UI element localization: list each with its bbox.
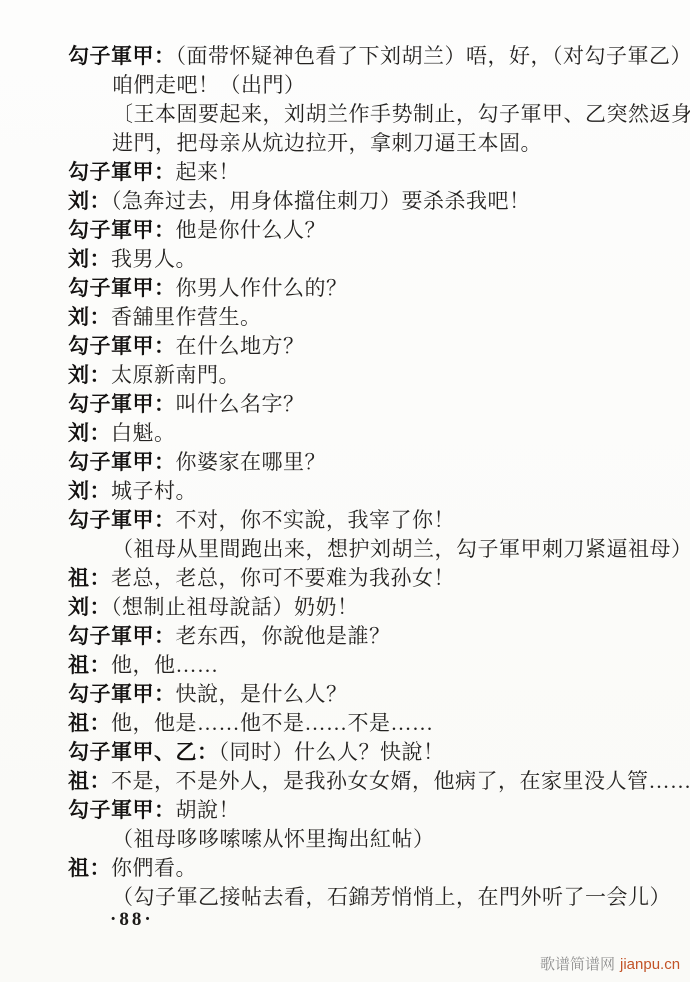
script-line: 勾子軍甲：快說，是什么人？	[68, 680, 668, 709]
dialogue-text: 不对，你不实說，我宰了你！	[176, 508, 456, 532]
script-line: （祖母哆哆嗦嗦从怀里掏出紅帖）	[68, 825, 668, 854]
script-line: 刘：（想制止祖母說話）奶奶！	[68, 593, 668, 622]
speaker-label: 刘：	[68, 595, 111, 619]
speaker-label: 勾子軍甲：	[68, 276, 176, 300]
speaker-label: 刘：	[68, 247, 111, 271]
stage-direction-text: 〔王本固要起来，刘胡兰作手势制止，勾子軍甲、乙突然返身	[112, 102, 690, 126]
speaker-label: 祖：	[68, 653, 111, 677]
speaker-label: 刘：	[68, 421, 111, 445]
dialogue-text: （急奔过去，用身体擋住刺刀）要杀杀我吧！	[111, 189, 531, 213]
script-line: 刘：白魁。	[68, 419, 668, 448]
speaker-label: 勾子軍甲：	[68, 334, 176, 358]
dialogue-text: 他，他……	[111, 653, 219, 677]
dialogue-text: （同时）什么人？快說！	[219, 740, 445, 764]
script-line: 进門，把母亲从炕边拉开，拿刺刀逼王本固。	[68, 129, 668, 158]
page-number: ·88·	[110, 909, 154, 931]
speaker-label: 刘：	[68, 479, 111, 503]
speaker-label: 祖：	[68, 711, 111, 735]
dialogue-text: 太原新南門。	[111, 363, 240, 387]
speaker-label: 勾子軍甲：	[68, 44, 176, 68]
dialogue-text: 咱們走吧！（出門）	[112, 73, 306, 97]
script-line: 刘：香舖里作营生。	[68, 303, 668, 332]
script-line: （勾子軍乙接帖去看，石錦芳悄悄上，在門外听了一会儿）	[68, 883, 668, 912]
stage-direction-text: （祖母从里間跑出来，想护刘胡兰，勾子軍甲刺刀紧逼祖母）	[112, 537, 690, 561]
dialogue-text: 起来！	[176, 160, 241, 184]
script-line: 刘：（急奔过去，用身体擋住刺刀）要杀杀我吧！	[68, 187, 668, 216]
speaker-label: 勾子軍甲：	[68, 508, 176, 532]
speaker-label: 刘：	[68, 363, 111, 387]
script-line: 祖：不是，不是外人，是我孙女女婿，他病了，在家里没人管……	[68, 767, 668, 796]
stage-direction-text: 进門，把母亲从炕边拉开，拿刺刀逼王本固。	[112, 131, 542, 155]
dialogue-text: 我男人。	[111, 247, 197, 271]
dialogue-text: 叫什么名字？	[176, 392, 305, 416]
dialogue-text: 你婆家在哪里？	[176, 450, 327, 474]
script-line: 勾子軍甲：胡說！	[68, 796, 668, 825]
script-line: 勾子軍甲：在什么地方？	[68, 332, 668, 361]
speaker-label: 勾子軍甲：	[68, 450, 176, 474]
dialogue-text: 他是你什么人？	[176, 218, 327, 242]
script-line: 勾子軍甲、乙：（同时）什么人？快說！	[68, 738, 668, 767]
dialogue-text: 香舖里作营生。	[111, 305, 262, 329]
dialogue-text: 你們看。	[111, 856, 197, 880]
speaker-label: 刘：	[68, 189, 111, 213]
dialogue-text: 他，他是……他不是……不是……	[111, 711, 434, 735]
script-line: 勾子軍甲：起来！	[68, 158, 668, 187]
script-line: 勾子軍甲：你婆家在哪里？	[68, 448, 668, 477]
speaker-label: 勾子軍甲：	[68, 392, 176, 416]
script-line: 勾子軍甲：不对，你不实說，我宰了你！	[68, 506, 668, 535]
dialogue-text: 你男人作什么的？	[176, 276, 348, 300]
speaker-label: 勾子軍甲、乙：	[68, 740, 219, 764]
dialogue-text: 不是，不是外人，是我孙女女婿，他病了，在家里没人管……	[111, 769, 690, 793]
speaker-label: 勾子軍甲：	[68, 624, 176, 648]
scanned-script-page: 勾子軍甲：（面带怀疑神色看了下刘胡兰）唔，好，（对勾子軍乙） 咱們走吧！（出門）…	[0, 0, 690, 982]
speaker-label: 勾子軍甲：	[68, 798, 176, 822]
script-line: 刘：太原新南門。	[68, 361, 668, 390]
speaker-label: 刘：	[68, 305, 111, 329]
dialogue-text: 老东西，你說他是誰？	[176, 624, 391, 648]
watermark-site-name: 歌谱简谱网	[540, 956, 615, 973]
stage-direction-text: （勾子軍乙接帖去看，石錦芳悄悄上，在門外听了一会儿）	[112, 885, 671, 909]
script-line: 刘：城子村。	[68, 477, 668, 506]
script-line: 祖：你們看。	[68, 854, 668, 883]
script-line: 勾子軍甲：他是你什么人？	[68, 216, 668, 245]
speaker-label: 祖：	[68, 566, 111, 590]
script-line: 祖：老总，老总，你可不要难为我孙女！	[68, 564, 668, 593]
script-line: 勾子軍甲：叫什么名字？	[68, 390, 668, 419]
dialogue-text: 快說，是什么人？	[176, 682, 348, 706]
speaker-label: 祖：	[68, 769, 111, 793]
speaker-label: 勾子軍甲：	[68, 682, 176, 706]
script-text-block: 勾子軍甲：（面带怀疑神色看了下刘胡兰）唔，好，（对勾子軍乙） 咱們走吧！（出門）…	[68, 42, 668, 912]
dialogue-text: 白魁。	[111, 421, 176, 445]
watermark-site-url: jianpu.cn	[620, 956, 680, 973]
dialogue-text: 城子村。	[111, 479, 197, 503]
script-line: 〔王本固要起来，刘胡兰作手势制止，勾子軍甲、乙突然返身	[68, 100, 668, 129]
script-line: 勾子軍甲：你男人作什么的？	[68, 274, 668, 303]
dialogue-text: 胡說！	[176, 798, 241, 822]
dialogue-text: （面带怀疑神色看了下刘胡兰）唔，好，（对勾子軍乙）	[176, 44, 690, 68]
script-line: 勾子軍甲：（面带怀疑神色看了下刘胡兰）唔，好，（对勾子軍乙）	[68, 42, 668, 71]
script-line: （祖母从里間跑出来，想护刘胡兰，勾子軍甲刺刀紧逼祖母）	[68, 535, 668, 564]
script-line: 刘：我男人。	[68, 245, 668, 274]
dialogue-text: 老总，老总，你可不要难为我孙女！	[111, 566, 455, 590]
dialogue-text: 在什么地方？	[176, 334, 305, 358]
speaker-label: 勾子軍甲：	[68, 218, 176, 242]
speaker-label: 祖：	[68, 856, 111, 880]
speaker-label: 勾子軍甲：	[68, 160, 176, 184]
script-line: 祖：他，他……	[68, 651, 668, 680]
stage-direction-text: （祖母哆哆嗦嗦从怀里掏出紅帖）	[112, 827, 435, 851]
script-line: 咱們走吧！（出門）	[68, 71, 668, 100]
watermark: 歌谱简谱网jianpu.cn	[540, 953, 680, 974]
script-line: 祖：他，他是……他不是……不是……	[68, 709, 668, 738]
dialogue-text: （想制止祖母說話）奶奶！	[111, 595, 359, 619]
script-line: 勾子軍甲：老东西，你說他是誰？	[68, 622, 668, 651]
